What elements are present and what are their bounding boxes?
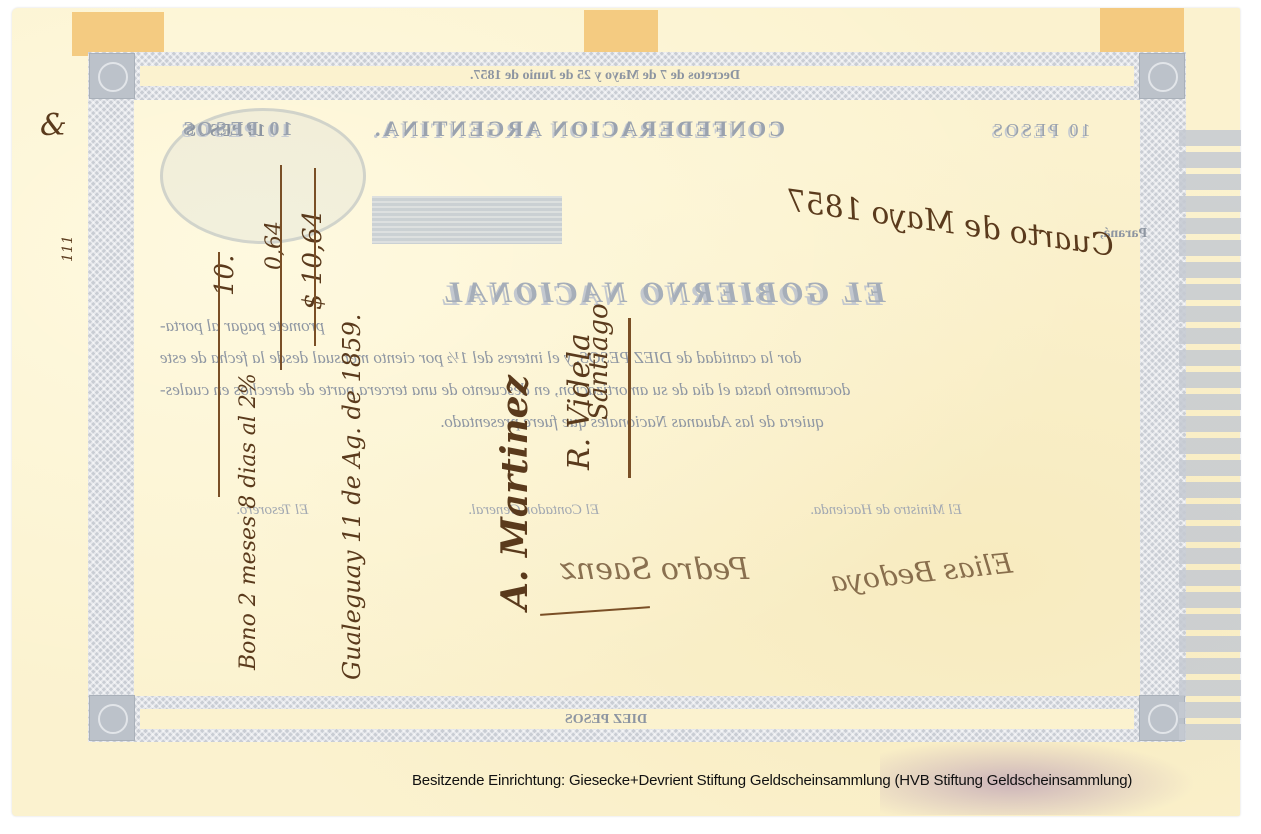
pen-rule-1: [218, 252, 220, 497]
ownership-caption: Besitzende Einrichtung: Giesecke+Devrien…: [412, 772, 1132, 789]
pen-rule-3: [314, 168, 316, 346]
handwritten-margin-mark: &: [40, 108, 67, 143]
body-line-2: dor la cantidad de DIEZ PESOS, y el inte…: [160, 348, 801, 368]
decree-text: Decretos de 7 de Mayo y 25 de Junio de 1…: [470, 68, 740, 84]
handwritten-amount-2: 0,64: [262, 221, 287, 270]
bottom-band-text: DIEZ PESOS: [565, 712, 647, 728]
handwritten-interest-note: Bono 2 meses 8 dias al 2%: [236, 373, 261, 670]
handwritten-total: $ 10,64: [298, 211, 328, 310]
body-line-1: promete pagar al porta-: [160, 316, 324, 336]
handwritten-place-date: Gualeguay 11 de Ag. de 1859.: [338, 314, 366, 680]
denomination-right: 10 PESOS: [990, 120, 1091, 141]
right-edge-ornament: [1179, 130, 1241, 740]
label-ministro: El Ministro de Hacienda.: [810, 502, 962, 519]
denomination-left: 10 PESOS: [180, 118, 292, 141]
serial-number-panel: [372, 196, 562, 244]
handwritten-margin-ticks: 111: [60, 235, 76, 262]
handwritten-amount-1: 10.: [210, 255, 240, 296]
pen-rule-4: [628, 318, 631, 478]
corner-rosette-tl: [89, 53, 135, 99]
document-title: CONFEDERACION ARGENTINA.: [372, 116, 785, 142]
signature-martinez: A. Martinez: [494, 375, 536, 610]
frame-left-band: [88, 52, 134, 742]
pen-rule-2: [280, 165, 282, 370]
government-heading: EL GOBIERNO NACIONAL: [440, 276, 886, 310]
signature-santiago: Santiago: [584, 303, 614, 420]
corner-rosette-tr: [1139, 53, 1185, 99]
tape-left: [72, 12, 164, 56]
signature-contador: Pedro Saenz: [560, 552, 749, 587]
corner-rosette-bl: [89, 695, 135, 741]
